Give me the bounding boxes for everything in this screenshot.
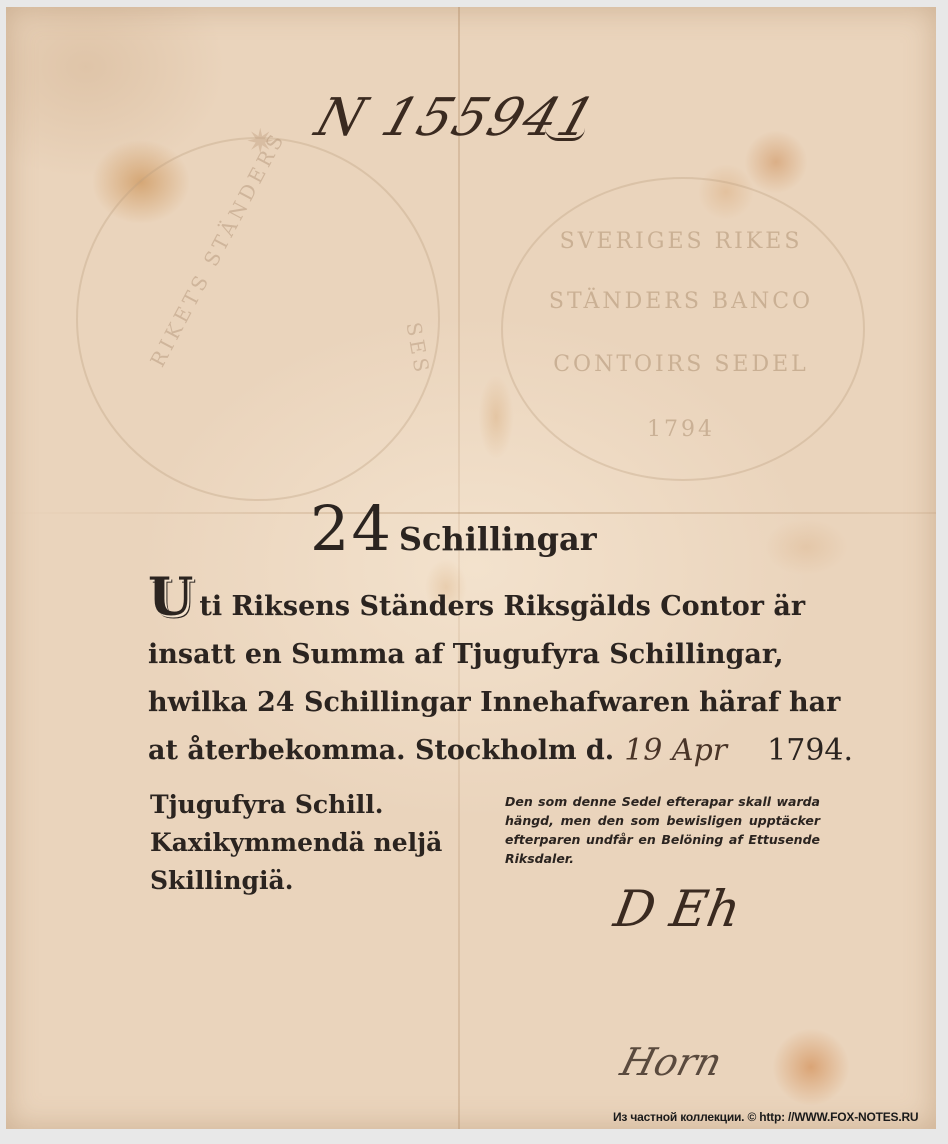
finnish-line-2: Kaxikymmendä neljä <box>150 824 480 862</box>
denomination-word: Schillingar <box>399 520 597 558</box>
denomination-heading: 24 Schillingar <box>310 492 597 565</box>
watermark-line-1: SVERIGES RIKES <box>506 229 856 254</box>
body-line-3-text: hwilka 24 Schillingar Innehafwaren häraf… <box>148 679 840 727</box>
body-line-2: insatt en Summa af Tjugufyra Schillingar… <box>148 631 813 679</box>
watermark-line-3: CONTOIRS SEDEL <box>506 352 856 377</box>
signature-1: D Eh <box>610 880 745 938</box>
watermark-line-4: 1794 <box>506 417 856 442</box>
denomination-number: 24 <box>310 492 393 565</box>
collection-credit: Из частной коллекции. © http: //WWW.FOX-… <box>613 1110 918 1124</box>
finnish-denomination-block: Tjugufyra Schill. Kaxikymmendä neljä Ski… <box>150 786 480 900</box>
finnish-line-3: Skillingiä. <box>150 862 480 900</box>
promissory-text: Uti Riksens Ständers Riksgälds Contor är… <box>148 578 813 775</box>
body-line-1: Uti Riksens Ständers Riksgälds Contor är <box>148 578 813 631</box>
counterfeit-warning: Den som denne Sedel efterapar skall ward… <box>505 792 820 868</box>
vertical-fold <box>458 7 460 1129</box>
body-line-4-text: at återbekomma. Stockholm d. <box>148 727 614 775</box>
finnish-line-1: Tjugufyra Schill. <box>150 786 480 824</box>
handwritten-date: 19 Apr <box>624 727 727 775</box>
body-line-4: at återbekomma. Stockholm d. 19 Apr 1794… <box>148 727 813 775</box>
body-line-2-text: insatt en Summa af Tjugufyra Schillingar… <box>148 631 784 679</box>
watermark-line-2: STÄNDERS BANCO <box>506 289 856 314</box>
body-line-1-text: ti Riksens Ständers Riksgälds Contor är <box>199 591 805 622</box>
body-line-3: hwilka 24 Schillingar Innehafwaren häraf… <box>148 679 813 727</box>
decorated-initial: U <box>148 578 193 618</box>
banknote-paper: ✷ RIKETS STÄNDERS SES SVERIGES RIKES STÄ… <box>6 7 936 1129</box>
issue-year: 1794. <box>767 727 853 775</box>
signature-2: Horn <box>616 1040 726 1084</box>
